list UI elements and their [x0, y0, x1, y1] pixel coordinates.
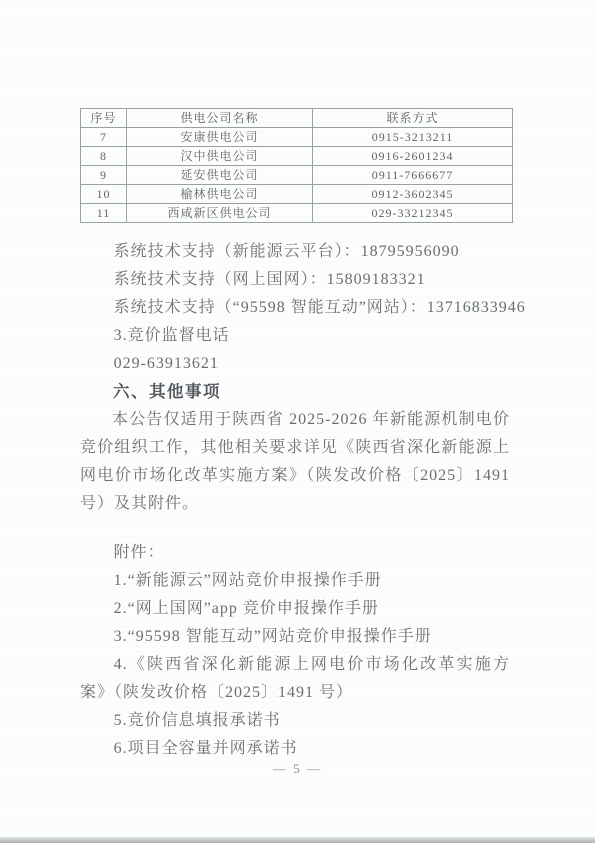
- section-heading: 六、其他事项: [80, 378, 510, 406]
- support-line: 系统技术支持（网上国网）：15809183321: [80, 266, 510, 294]
- support-line: 系统技术支持（“95598 智能互动”网站）：13716833946: [80, 294, 510, 322]
- table-cell: 榆林供电公司: [127, 185, 313, 204]
- table-header-cell: 联系方式: [313, 109, 513, 128]
- table-row: 9延安供电公司0911-7666677: [81, 166, 513, 185]
- scan-edge-strip: [0, 837, 595, 843]
- attachment-item: 4.《陕西省深化新能源上网电价市场化改革实施方案》（陕发改价格〔2025〕149…: [80, 651, 510, 707]
- table-header-cell: 序号: [81, 109, 127, 128]
- table-header-row: 序号供电公司名称联系方式: [81, 109, 513, 128]
- attachments-label: 附件：: [80, 539, 510, 567]
- attachment-item: 6.项目全容量并网承诺书: [80, 735, 510, 763]
- table-cell: 10: [81, 185, 127, 204]
- table-cell: 0912-3602345: [313, 185, 513, 204]
- table-row: 10榆林供电公司0912-3602345: [81, 185, 513, 204]
- table-header-cell: 供电公司名称: [127, 109, 313, 128]
- section-paragraph: 本公告仅适用于陕西省 2025-2026 年新能源机制电价竞价组织工作，其他相关…: [80, 406, 510, 518]
- support-line: 029-63913621: [80, 350, 510, 378]
- support-line: 3.竞价监督电话: [80, 322, 510, 350]
- attachment-item: 5.竞价信息填报承诺书: [80, 707, 510, 735]
- attachment-item: 1.“新能源云”网站竞价申报操作手册: [80, 567, 510, 595]
- attachment-item: 2.“网上国网”app 竞价申报操作手册: [80, 595, 510, 623]
- table-cell: 0911-7666677: [313, 166, 513, 185]
- table-cell: 0915-3213211: [313, 128, 513, 147]
- power-company-contact-table: 序号供电公司名称联系方式 7安康供电公司0915-32132118汉中供电公司0…: [80, 108, 513, 223]
- table-cell: 汉中供电公司: [127, 147, 313, 166]
- document-body: 序号供电公司名称联系方式 7安康供电公司0915-32132118汉中供电公司0…: [80, 108, 510, 763]
- attachments-list: 1.“新能源云”网站竞价申报操作手册2.“网上国网”app 竞价申报操作手册3.…: [80, 567, 510, 763]
- table-cell: 9: [81, 166, 127, 185]
- table-row: 11西咸新区供电公司029-33212345: [81, 204, 513, 223]
- table-cell: 7: [81, 128, 127, 147]
- table-cell: 延安供电公司: [127, 166, 313, 185]
- table-row: 8汉中供电公司0916-2601234: [81, 147, 513, 166]
- table-row: 7安康供电公司0915-3213211: [81, 128, 513, 147]
- table-cell: 029-33212345: [313, 204, 513, 223]
- table-cell: 11: [81, 204, 127, 223]
- attachment-item: 3.“95598 智能互动”网站竞价申报操作手册: [80, 623, 510, 651]
- page-number: — 5 —: [0, 761, 595, 777]
- table-cell: 8: [81, 147, 127, 166]
- support-lines-block: 系统技术支持（新能源云平台）：18795956090系统技术支持（网上国网）：1…: [80, 238, 510, 378]
- table-cell: 0916-2601234: [313, 147, 513, 166]
- support-line: 系统技术支持（新能源云平台）：18795956090: [80, 238, 510, 266]
- table-cell: 安康供电公司: [127, 128, 313, 147]
- document-page: 序号供电公司名称联系方式 7安康供电公司0915-32132118汉中供电公司0…: [0, 0, 595, 843]
- table-cell: 西咸新区供电公司: [127, 204, 313, 223]
